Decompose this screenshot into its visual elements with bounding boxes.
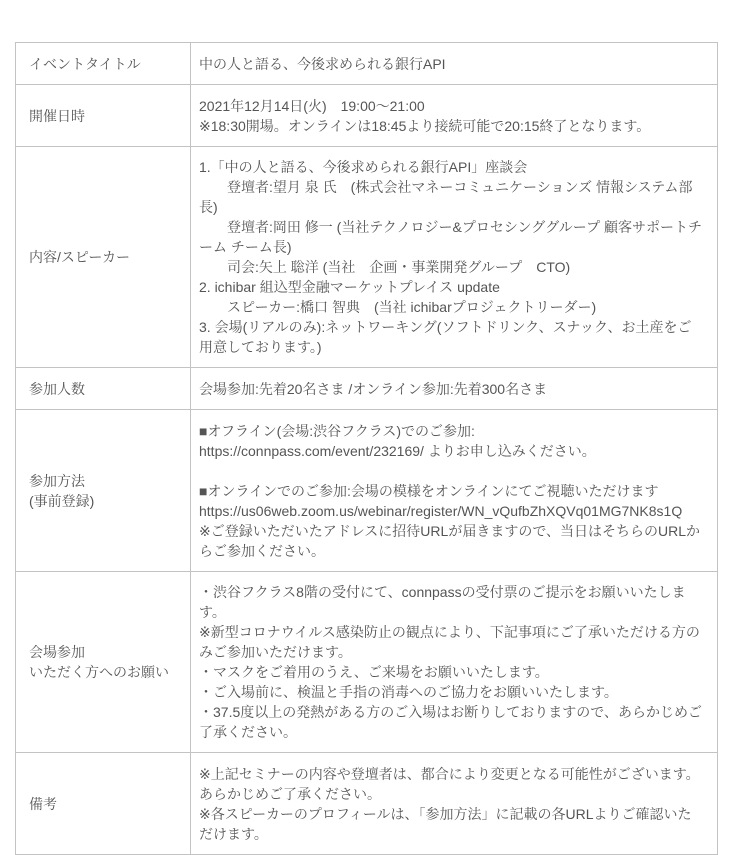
value-remarks: ※上記セミナーの内容や登壇者は、都合により変更となる可能性がございます。あらかじ… [191,753,718,855]
label-date-time: 開催日時 [16,85,191,147]
event-info-table: イベントタイトル 中の人と語る、今後求められる銀行API 開催日時 2021年1… [15,42,718,855]
table-row-content-speakers: 内容/スピーカー 1.「中の人と語る、今後求められる銀行API」座談会 登壇者:… [16,147,718,368]
page: イベントタイトル 中の人と語る、今後求められる銀行API 開催日時 2021年1… [0,0,740,850]
label-participants: 参加人数 [16,368,191,410]
value-participants: 会場参加:先着20名さま /オンライン参加:先着300名さま [191,368,718,410]
label-registration: 参加方法 (事前登録) [16,410,191,572]
label-content-speakers: 内容/スピーカー [16,147,191,368]
label-remarks: 備考 [16,753,191,855]
value-registration: ■オフライン(会場:渋谷フクラス)でのご参加: https://connpass… [191,410,718,572]
value-event-title: 中の人と語る、今後求められる銀行API [191,43,718,85]
value-venue-notes: ・渋谷フクラス8階の受付にて、connpassの受付票のご提示をお願いいたします… [191,572,718,753]
table-row-venue-notes: 会場参加 いただく方へのお願い ・渋谷フクラス8階の受付にて、connpassの… [16,572,718,753]
table-row-remarks: 備考 ※上記セミナーの内容や登壇者は、都合により変更となる可能性がございます。あ… [16,753,718,855]
label-event-title: イベントタイトル [16,43,191,85]
table-row-registration: 参加方法 (事前登録) ■オフライン(会場:渋谷フクラス)でのご参加: http… [16,410,718,572]
value-date-time: 2021年12月14日(火) 19:00〜21:00 ※18:30開場。オンライ… [191,85,718,147]
table-row-event-title: イベントタイトル 中の人と語る、今後求められる銀行API [16,43,718,85]
label-venue-notes: 会場参加 いただく方へのお願い [16,572,191,753]
value-content-speakers: 1.「中の人と語る、今後求められる銀行API」座談会 登壇者:望月 泉 氏 (株… [191,147,718,368]
table-row-participants: 参加人数 会場参加:先着20名さま /オンライン参加:先着300名さま [16,368,718,410]
table-row-date-time: 開催日時 2021年12月14日(火) 19:00〜21:00 ※18:30開場… [16,85,718,147]
